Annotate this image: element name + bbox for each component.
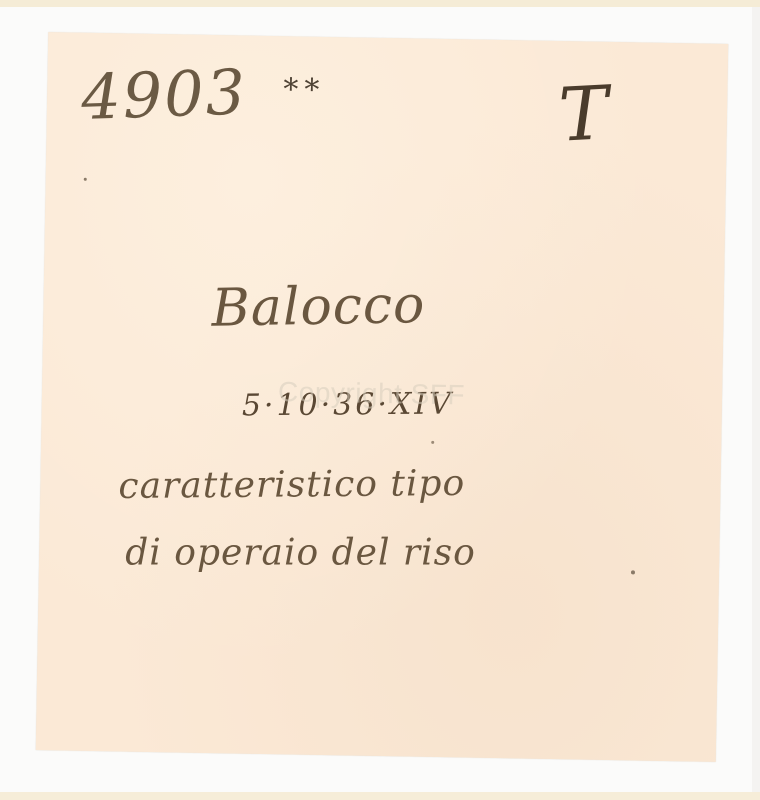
description-line-2: di operaio del riso (125, 533, 476, 574)
mount-bottom-band (0, 792, 760, 800)
ink-speck (631, 570, 635, 574)
description-line-1: caratteristico tipo (118, 463, 465, 507)
catalog-marks: ** (283, 72, 326, 108)
date-line: 5·10·36·XIV (242, 386, 454, 423)
mount-right-edge (752, 7, 760, 792)
ink-speck (431, 441, 434, 444)
photographer-name: Balocco (211, 275, 426, 339)
ink-speck (84, 178, 87, 181)
catalog-number: 4903 (80, 55, 248, 134)
archive-index-card: 4903 ** T Balocco 5·10·36·XIV caratteris… (36, 32, 728, 762)
mount-top-band (0, 0, 760, 7)
category-letter: T (557, 70, 612, 159)
